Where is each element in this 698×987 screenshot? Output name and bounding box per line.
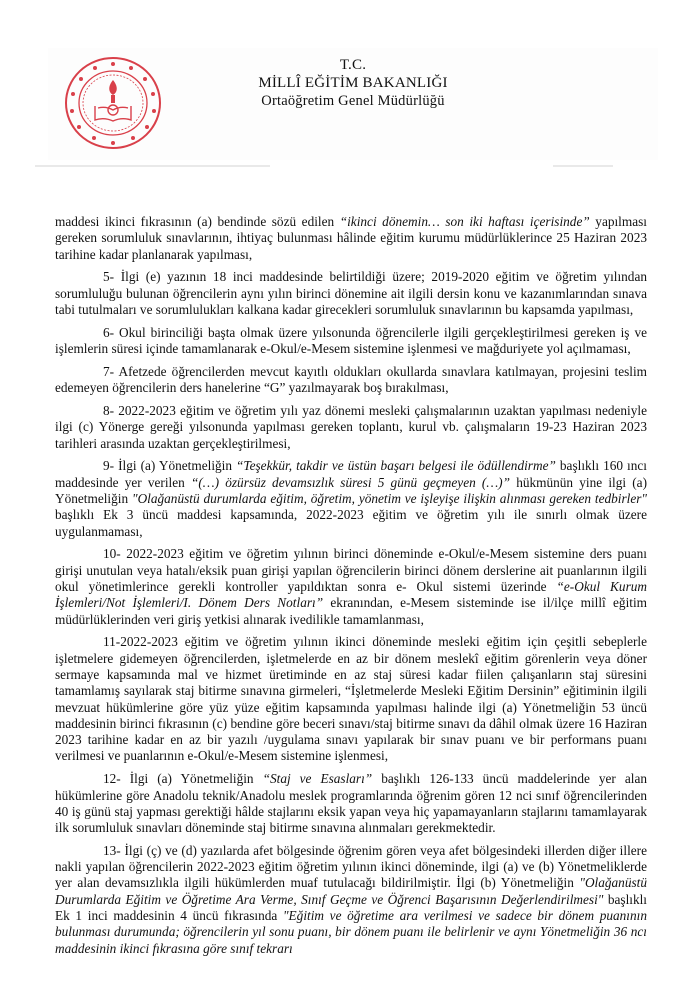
paragraph: maddesi ikinci fıkrasının (a) bendinde s… bbox=[55, 214, 647, 263]
text-run: maddesi ikinci fıkrasının (a) bendinde s… bbox=[55, 214, 340, 229]
quoted-text: “(…) özürsüz devamsızlık süresi 5 günü g… bbox=[191, 475, 510, 490]
quoted-text: “Teşekkür, takdir ve üstün başarı belges… bbox=[236, 458, 556, 473]
text-run: 8- 2022-2023 eğitim ve öğretim yılı yaz … bbox=[55, 403, 647, 451]
paragraph: 11-2022-2023 eğitim ve öğretim yılının i… bbox=[55, 634, 647, 764]
text-run: 13- İlgi (ç) ve (d) yazılarda afet bölge… bbox=[55, 843, 647, 891]
quoted-text: “Staj ve Esasları” bbox=[263, 771, 373, 786]
redacted-reference-number bbox=[35, 165, 270, 167]
text-run: başlıklı Ek 3 üncü maddesi kapsamında, 2… bbox=[55, 507, 647, 538]
text-run: 11-2022-2023 eğitim ve öğretim yılının i… bbox=[55, 634, 647, 763]
letterhead: T.C. MİLLÎ EĞİTİM BAKANLIĞI Ortaöğretim … bbox=[48, 48, 658, 160]
redacted-date bbox=[553, 165, 613, 167]
text-run: 7- Afetzede öğrencilerden mevcut kayıtlı… bbox=[55, 364, 647, 395]
ministry-title: MİLLÎ EĞİTİM BAKANLIĞI bbox=[48, 74, 658, 92]
quoted-text: "Olağanüstü durumlarda eğitim, öğretim, … bbox=[132, 491, 647, 506]
department-title: Ortaöğretim Genel Müdürlüğü bbox=[48, 92, 658, 110]
country-title: T.C. bbox=[48, 56, 658, 74]
paragraph: 6- Okul birinciliği başta olmak üzere yı… bbox=[55, 325, 647, 358]
text-run: 12- İlgi (a) Yönetmeliğin bbox=[103, 771, 263, 786]
paragraph: 12- İlgi (a) Yönetmeliğin “Staj ve Esasl… bbox=[55, 771, 647, 836]
text-run: 6- Okul birinciliği başta olmak üzere yı… bbox=[55, 325, 647, 356]
paragraph: 13- İlgi (ç) ve (d) yazılarda afet bölge… bbox=[55, 843, 647, 957]
paragraph: 5- İlgi (e) yazının 18 inci maddesinde b… bbox=[55, 269, 647, 318]
paragraph: 9- İlgi (a) Yönetmeliğin “Teşekkür, takd… bbox=[55, 458, 647, 539]
institution-title: T.C. MİLLÎ EĞİTİM BAKANLIĞI Ortaöğretim … bbox=[48, 56, 658, 110]
text-run: 5- İlgi (e) yazının 18 inci maddesinde b… bbox=[55, 269, 647, 317]
document-body: maddesi ikinci fıkrasının (a) bendinde s… bbox=[55, 214, 647, 963]
paragraph: 8- 2022-2023 eğitim ve öğretim yılı yaz … bbox=[55, 403, 647, 452]
paragraph: 10- 2022-2023 eğitim ve öğretim yılının … bbox=[55, 546, 647, 627]
paragraph: 7- Afetzede öğrencilerden mevcut kayıtlı… bbox=[55, 364, 647, 397]
text-run: 9- İlgi (a) Yönetmeliğin bbox=[103, 458, 236, 473]
quoted-text: “ikinci dönemin… son iki haftası içerisi… bbox=[340, 214, 590, 229]
